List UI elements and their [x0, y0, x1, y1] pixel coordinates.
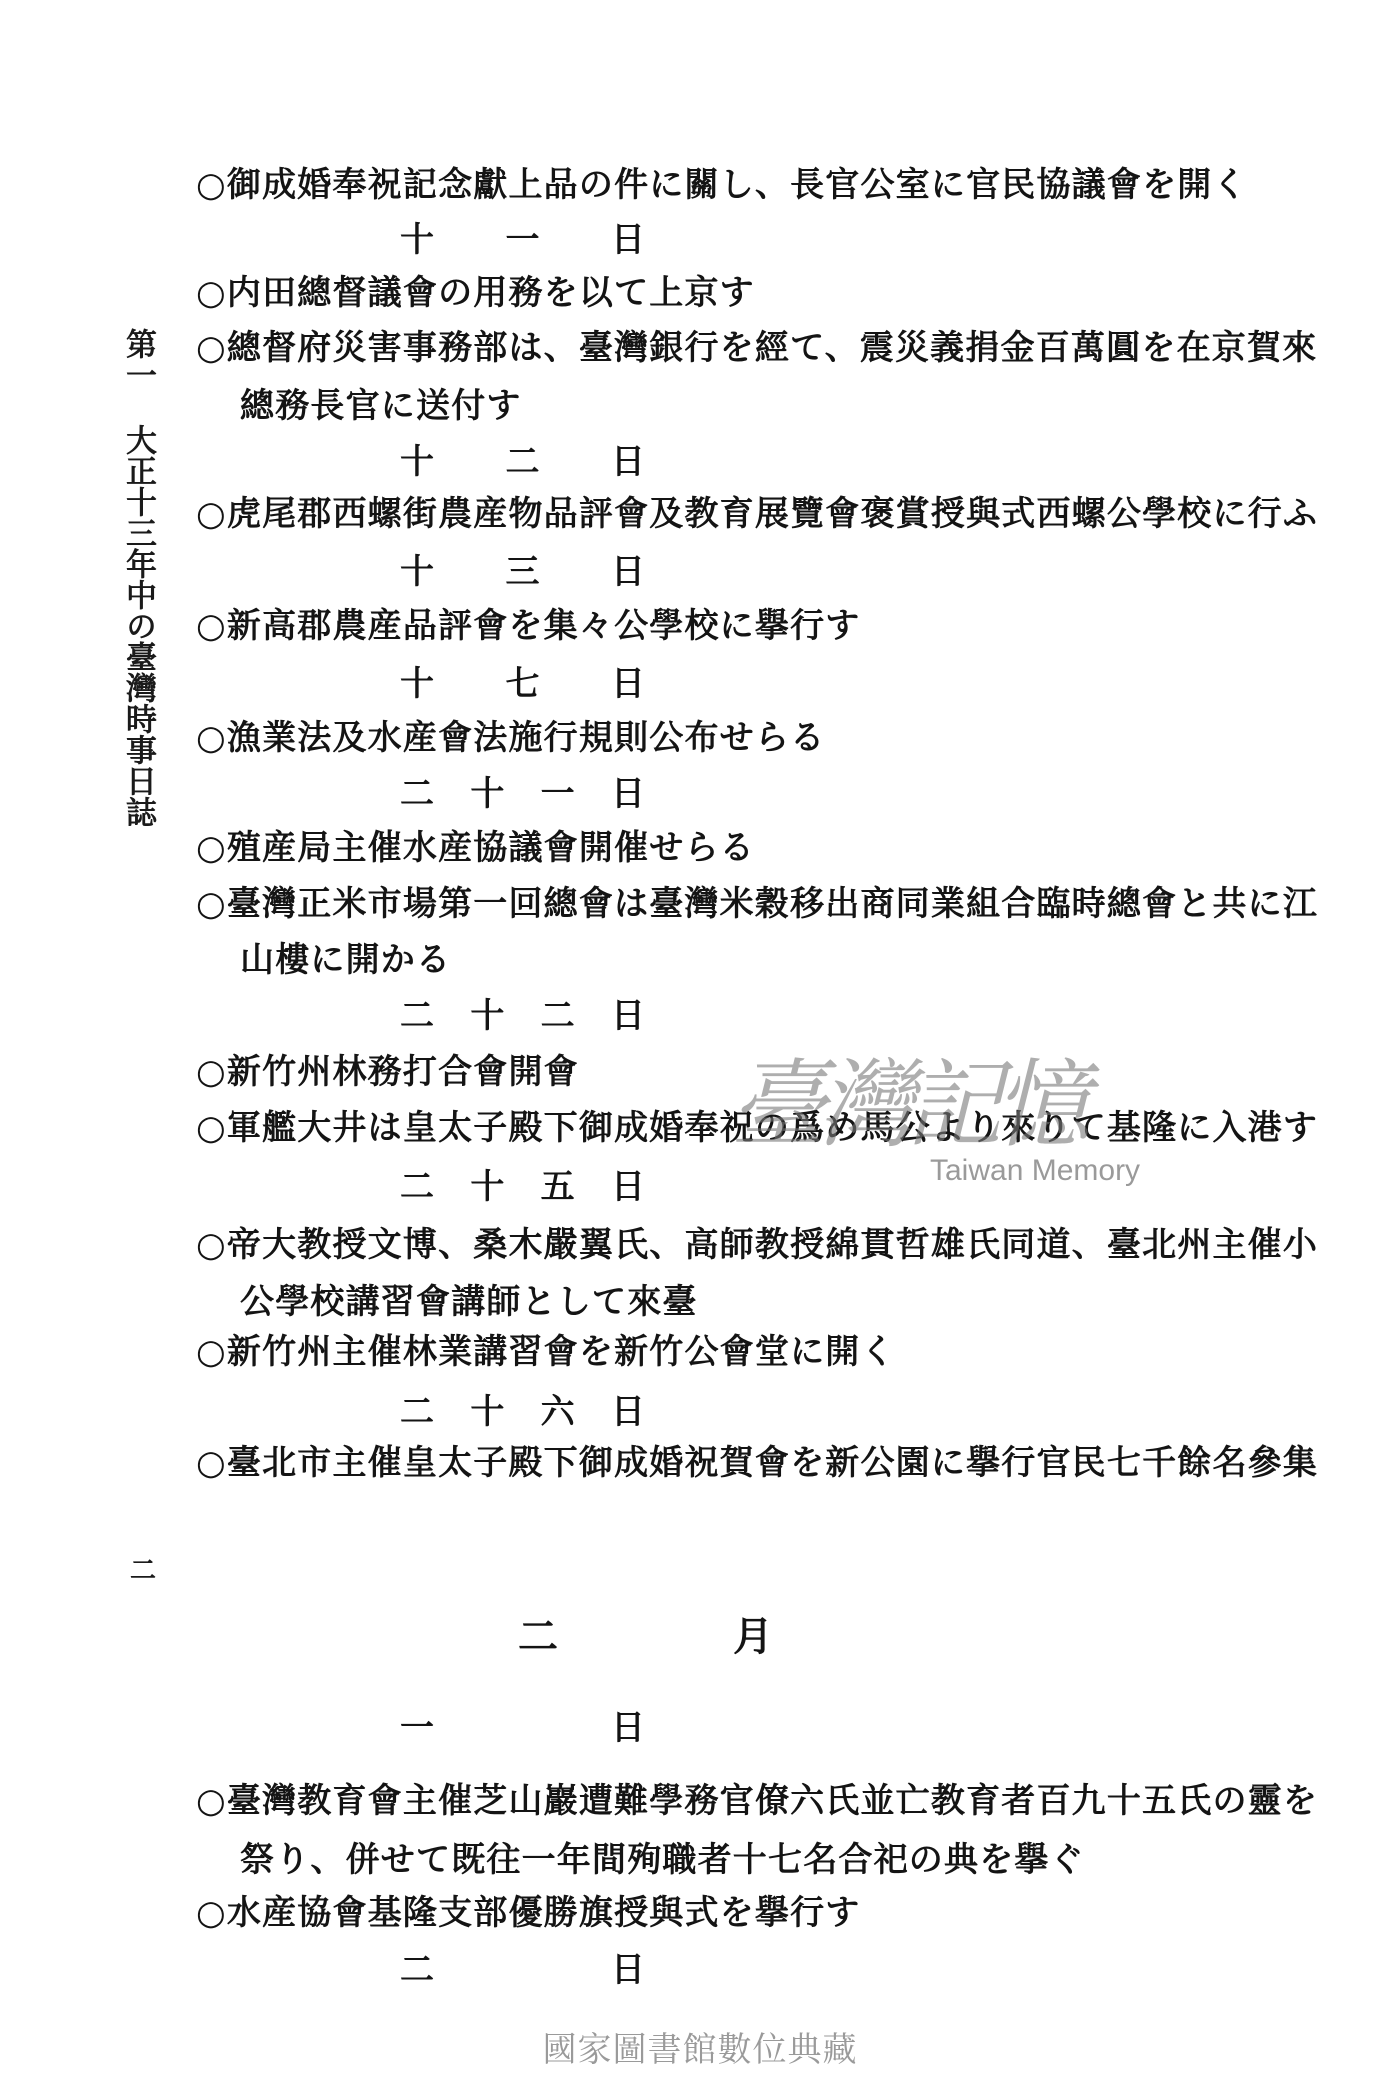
document-page: 第一大正十三年中の臺灣時事日誌 二 ○御成婚奉祝記念獻上品の件に關し、長官公室に… [0, 0, 1400, 2100]
running-head-title: 大正十三年中の臺灣時事日誌 [118, 424, 158, 827]
entry-line: ○漁業法及水産會法施行規則公布せらる [196, 716, 1276, 760]
month-heading: 二 月 [518, 1612, 773, 1662]
running-head: 第一大正十三年中の臺灣時事日誌 [118, 328, 158, 827]
page-number: 二 [130, 1556, 156, 1586]
date-heading: 二 十 五 日 [400, 1165, 645, 1209]
date-heading: 十 三 日 [400, 550, 645, 594]
date-heading: 二 十 六 日 [400, 1390, 645, 1434]
entry-line: ○帝大教授文博、桑木嚴翼氏、高師教授綿貫哲雄氏同道、臺北州主催小 [196, 1223, 1276, 1267]
entry-line: ○臺北市主催皇太子殿下御成婚祝賀會を新公園に擧行官民七千餘名參集 [196, 1441, 1276, 1485]
entry-line: ○新竹州林務打合會開會 [196, 1050, 1276, 1094]
date-heading: 二 十 一 日 [400, 772, 645, 816]
entry-line: ○臺灣教育會主催芝山巖遭難學務官僚六氏並亡教育者百九十五氏の靈を [196, 1779, 1276, 1823]
watermark-english: Taiwan Memory [930, 1154, 1140, 1188]
entry-line: ○新高郡農産品評會を集々公學校に擧行す [196, 604, 1276, 648]
entry-continuation: 山樓に開かる [240, 938, 1320, 982]
entry-line: ○臺灣正米市場第一回總會は臺灣米穀移出商同業組合臨時總會と共に江 [196, 882, 1276, 926]
running-head-section: 第一 [118, 328, 158, 390]
entry-line: ○御成婚奉祝記念獻上品の件に關し、長官公室に官民協議會を開く [196, 163, 1276, 207]
date-heading: 十 七 日 [400, 662, 645, 706]
date-heading: 十 二 日 [400, 440, 645, 484]
entry-line: ○内田總督議會の用務を以て上京す [196, 271, 1276, 315]
entry-continuation: 祭り、併せて既往一年間殉職者十七名合祀の典を擧ぐ [240, 1838, 1320, 1882]
entry-continuation: 公學校講習會講師として來臺 [240, 1280, 1320, 1324]
entry-line: ○虎尾郡西螺街農産物品評會及教育展覽會褒賞授與式西螺公學校に行ふ [196, 492, 1276, 536]
date-heading: 一 日 [400, 1706, 645, 1750]
entry-line: ○總督府災害事務部は、臺灣銀行を經て、震災義捐金百萬圓を在京賀來 [196, 326, 1276, 370]
footer-credit: 國家圖書館數位典藏 [0, 2030, 1400, 2070]
date-heading: 二 日 [400, 1948, 645, 1992]
date-heading: 二 十 二 日 [400, 994, 645, 1038]
entry-line: ○新竹州主催林業講習會を新竹公會堂に開く [196, 1330, 1276, 1374]
date-heading: 十 一 日 [400, 218, 645, 262]
entry-continuation: 總務長官に送付す [240, 384, 1320, 428]
entry-line: ○水産協會基隆支部優勝旗授與式を擧行す [196, 1891, 1276, 1935]
entry-line: ○軍艦大井は皇太子殿下御成婚奉祝の爲め馬公より來りて基隆に入港す [196, 1106, 1276, 1150]
entry-line: ○殖産局主催水産協議會開催せらる [196, 826, 1276, 870]
